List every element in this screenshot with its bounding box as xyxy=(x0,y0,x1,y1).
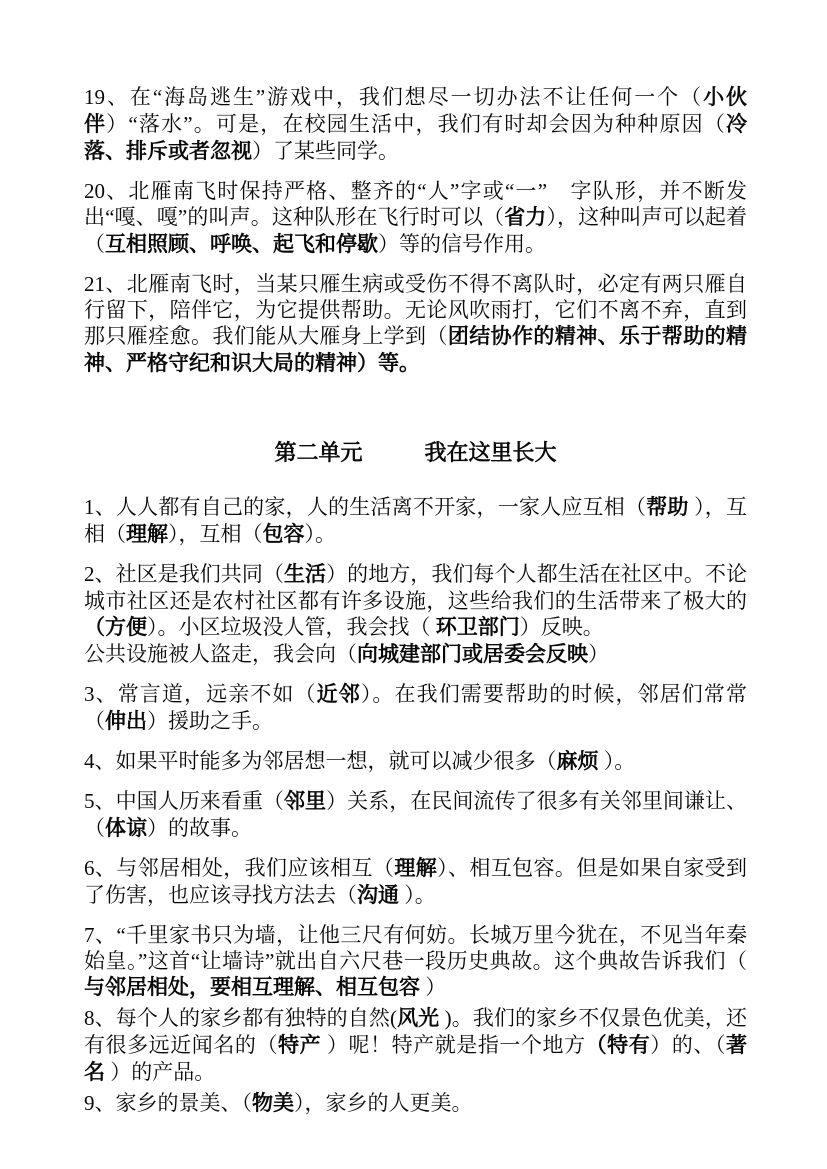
text-run: 1、人人都有自己的家，人的生活离不开家，一家人应互相（ xyxy=(84,495,646,519)
answer-text: 理解 xyxy=(394,857,437,880)
question-3: 3、常言道，远亲不如（近邻）。在我们需要帮助的时候，邻居们常常（伸出）援助之手。 xyxy=(84,681,747,735)
text-run: 7、“千里家书只为墙，让他三尺有何妨。长城万里今犹在，不见当年秦始皇。”这首“让… xyxy=(84,923,747,973)
text-run: ）。 xyxy=(305,522,337,546)
text-run: ）的、（ xyxy=(650,1033,726,1057)
text-run: ）。小区垃圾没人管，我会找（ xyxy=(147,615,436,639)
answer-text: 沟通 xyxy=(357,884,399,907)
answer-text: 与邻居相处，要相互理解、相互包容 xyxy=(84,976,420,999)
answer-text: 省力 xyxy=(504,206,546,229)
unit-heading-number: 第二单元 xyxy=(274,439,362,467)
answer-text: 包容 xyxy=(263,523,305,546)
answer-text: 风光 xyxy=(397,1007,439,1030)
question-20: 20、北雁南飞时保持严格、整齐的“人”字或“一” 字队形，并不断发出“嘎、嘎”的… xyxy=(84,178,747,258)
answer-text: 环卫部门 xyxy=(436,616,520,639)
text-run: ）呢！特产就是指一个地方 xyxy=(321,1033,585,1057)
answer-text: 帮助 xyxy=(646,496,688,519)
text-run: ），家乡的人更美。 xyxy=(294,1091,473,1115)
text-run: 5、中国人历来看重（ xyxy=(84,789,284,813)
question-21: 21、北雁南飞时，当某只雁生病或受伤不得不离队时，必定有两只雁自行留下，陪伴它，… xyxy=(84,271,747,377)
question-7: 7、“千里家书只为墙，让他三尺有何妨。长城万里今犹在，不见当年秦始皇。”这首“让… xyxy=(84,922,747,1001)
text-run: 公共设施被人盗走，我会向（ xyxy=(84,642,357,666)
text-run: ）“落水”。可是，在校园生活中，我们有时却会因为种种原因（ xyxy=(106,112,726,136)
text-run: 8、每个人的家乡都有独特的自然( xyxy=(84,1006,397,1030)
answer-text: 邻里 xyxy=(284,790,326,813)
text-run: ） xyxy=(420,975,446,999)
question-1: 1、人人都有自己的家，人的生活离不开家，一家人应互相（帮助 ），互相（理解），互… xyxy=(84,494,747,548)
text-run: 6、与邻居相处，我们应该相互（ xyxy=(84,856,394,880)
text-run: ）。 xyxy=(599,749,636,773)
question-2: 2、社区是我们共同（生活）的地方，我们每个人都生活在社区中。不论城市社区还是农村… xyxy=(84,561,747,641)
question-2-continued: 公共设施被人盗走，我会向（向城建部门或居委会反映） xyxy=(84,641,747,668)
answer-text: 麻烦 xyxy=(557,750,599,773)
text-run: ）了某些同学。 xyxy=(252,139,399,163)
question-8: 8、每个人的家乡都有独特的自然(风光 )。我们的家乡不仅景色优美，还有很多远近闻… xyxy=(84,1005,747,1086)
question-5: 5、中国人历来看重（邻里）关系，在民间流传了很多有关邻里间谦让、（体谅）的故事。 xyxy=(84,788,747,842)
document-page: 19、在“海岛逃生”游戏中，我们想尽一切办法不让任何一个（小伙伴）“落水”。可是… xyxy=(0,0,827,1169)
text-run: ）等的信号作用。 xyxy=(378,232,546,256)
text-run: ）。 xyxy=(399,883,436,907)
answer-text: 向城建部门或居委会反映 xyxy=(357,643,588,666)
answer-text: 特产 xyxy=(278,1034,321,1057)
text-run: ）反映。 xyxy=(520,615,604,639)
answer-text: 体谅 xyxy=(105,817,147,840)
answer-text: 伸出 xyxy=(105,710,147,733)
unit-heading-title: 我在这里长大 xyxy=(425,439,557,467)
answer-text: （特有 xyxy=(586,1034,651,1057)
text-run: 2、社区是我们共同（ xyxy=(84,562,284,586)
text-run: 19、在“海岛逃生”游戏中，我们想尽一切办法不让任何一个（ xyxy=(84,85,703,109)
answer-text: 近邻 xyxy=(317,683,361,706)
question-4: 4、如果平时能多为邻居想一想，就可以减少很多（麻烦 ）。 xyxy=(84,748,747,775)
answer-text: 互相照顾、呼唤、起飞和停歇 xyxy=(105,233,378,256)
text-run: ）援助之手。 xyxy=(147,709,273,733)
answer-text: 生活 xyxy=(284,563,326,586)
answer-text: （方便 xyxy=(84,616,147,639)
text-run: 4、如果平时能多为邻居想一想，就可以减少很多（ xyxy=(84,749,557,773)
question-9: 9、家乡的景美、（物美），家乡的人更美。 xyxy=(84,1090,747,1117)
text-run: ） xyxy=(588,642,609,666)
question-19: 19、在“海岛逃生”游戏中，我们想尽一切办法不让任何一个（小伙伴）“落水”。可是… xyxy=(84,84,747,165)
question-6: 6、与邻居相处，我们应该相互（理解）、相互包容。但是如果自家受到了伤害，也应该寻… xyxy=(84,855,747,909)
answer-text: 理解 xyxy=(126,523,168,546)
text-run: ），互相（ xyxy=(168,522,263,546)
unit-heading: 第二单元我在这里长大 xyxy=(84,439,747,467)
text-run: ）的故事。 xyxy=(147,816,252,840)
text-run: 9、家乡的景美、（ xyxy=(84,1091,252,1115)
answer-text: 物美 xyxy=(252,1092,294,1115)
text-run: ）的产品。 xyxy=(105,1060,215,1084)
text-run: 3、常言道，远亲不如（ xyxy=(84,682,317,706)
